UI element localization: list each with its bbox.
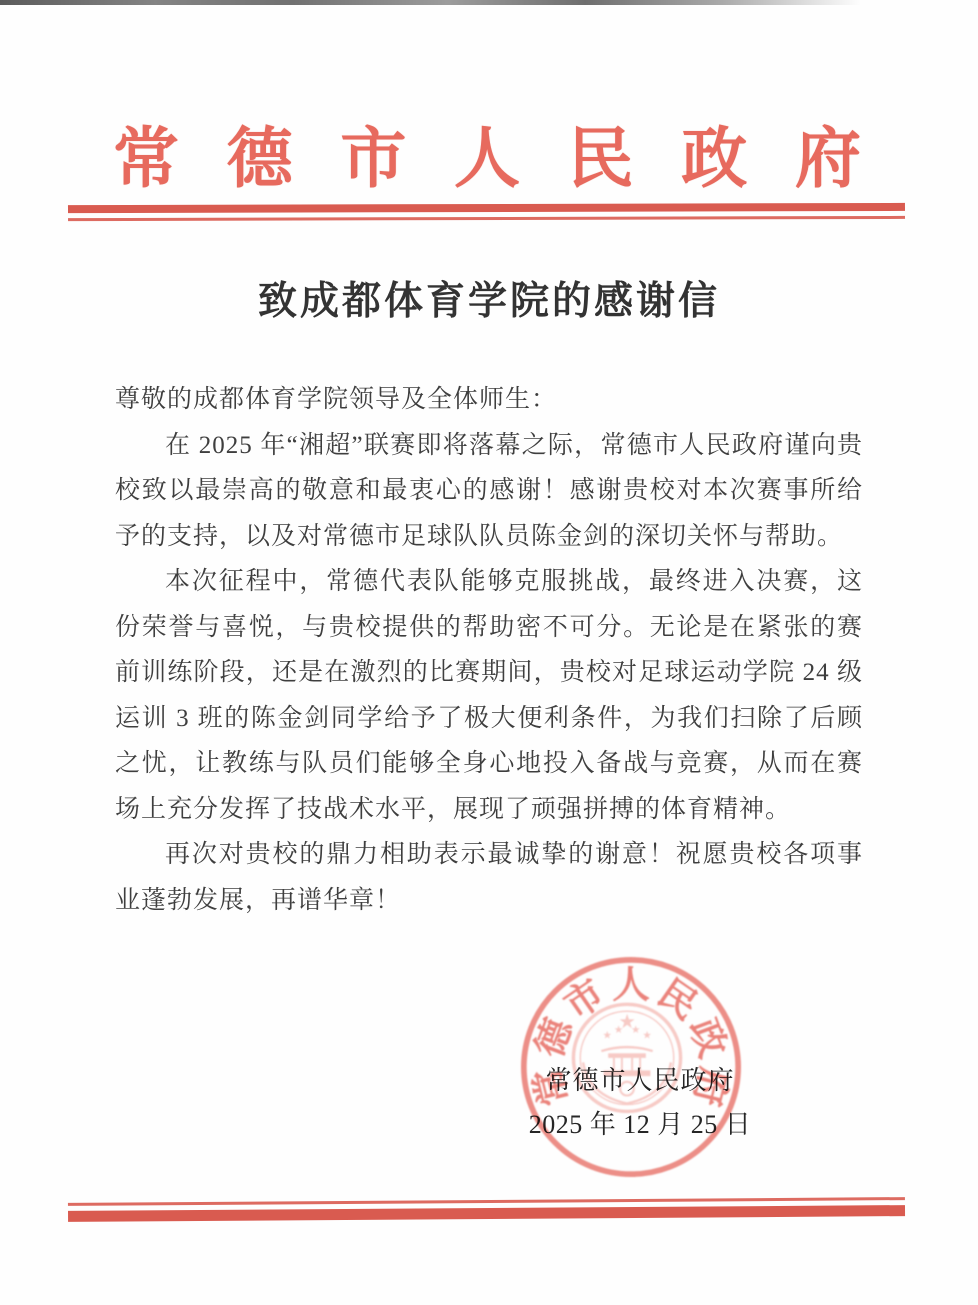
seal-arc-char: 德 [528,1012,581,1063]
document-title: 致成都体育学院的感谢信 [0,279,978,326]
footer-divider [68,1197,905,1222]
seal-arc-char: 民 [650,972,705,1028]
salutation: 尊敬的成都体育学院领导及全体师生： [115,377,863,423]
letterhead-divider [68,203,905,221]
divider-thick-line [68,1205,905,1222]
date-line: 2025 年 12 月 25 日 [495,1104,785,1141]
svg-text:★: ★ [618,1012,635,1033]
svg-text:★: ★ [642,1031,651,1042]
divider-thin-line [68,216,905,221]
svg-text:★: ★ [614,1025,623,1036]
seal-arc-char: 政 [681,1013,734,1063]
divider-thick-line [68,203,905,213]
seal-arc-char: 人 [612,964,650,1006]
paragraph: 本次征程中，常德代表队能够克服挑战，最终进入决赛，这份荣誉与喜悦，与贵校提供的帮… [115,559,863,832]
svg-text:★: ★ [602,1031,611,1042]
letter-page: 常德市人民政府 致成都体育学院的感谢信 尊敬的成都体育学院领导及全体师生： 在 … [0,0,978,1305]
scan-edge-artifact [0,0,861,5]
signature-line: 常德市人民政府 [505,1060,775,1097]
paragraph: 再次对贵校的鼎力相助表示最诚挚的谢意！祝愿贵校各项事业蓬勃发展，再谱华章！ [115,832,863,923]
svg-text:★: ★ [631,1025,640,1036]
seal-arc-char: 市 [557,972,612,1028]
letter-body: 尊敬的成都体育学院领导及全体师生： 在 2025 年“湘超”联赛即将落幕之际，常… [115,377,863,923]
divider-thin-line [68,1197,905,1206]
letterhead-org-name: 常德市人民政府 [113,124,861,196]
paragraph: 在 2025 年“湘超”联赛即将落幕之际，常德市人民政府谨向贵校致以最崇高的敬意… [115,423,863,560]
